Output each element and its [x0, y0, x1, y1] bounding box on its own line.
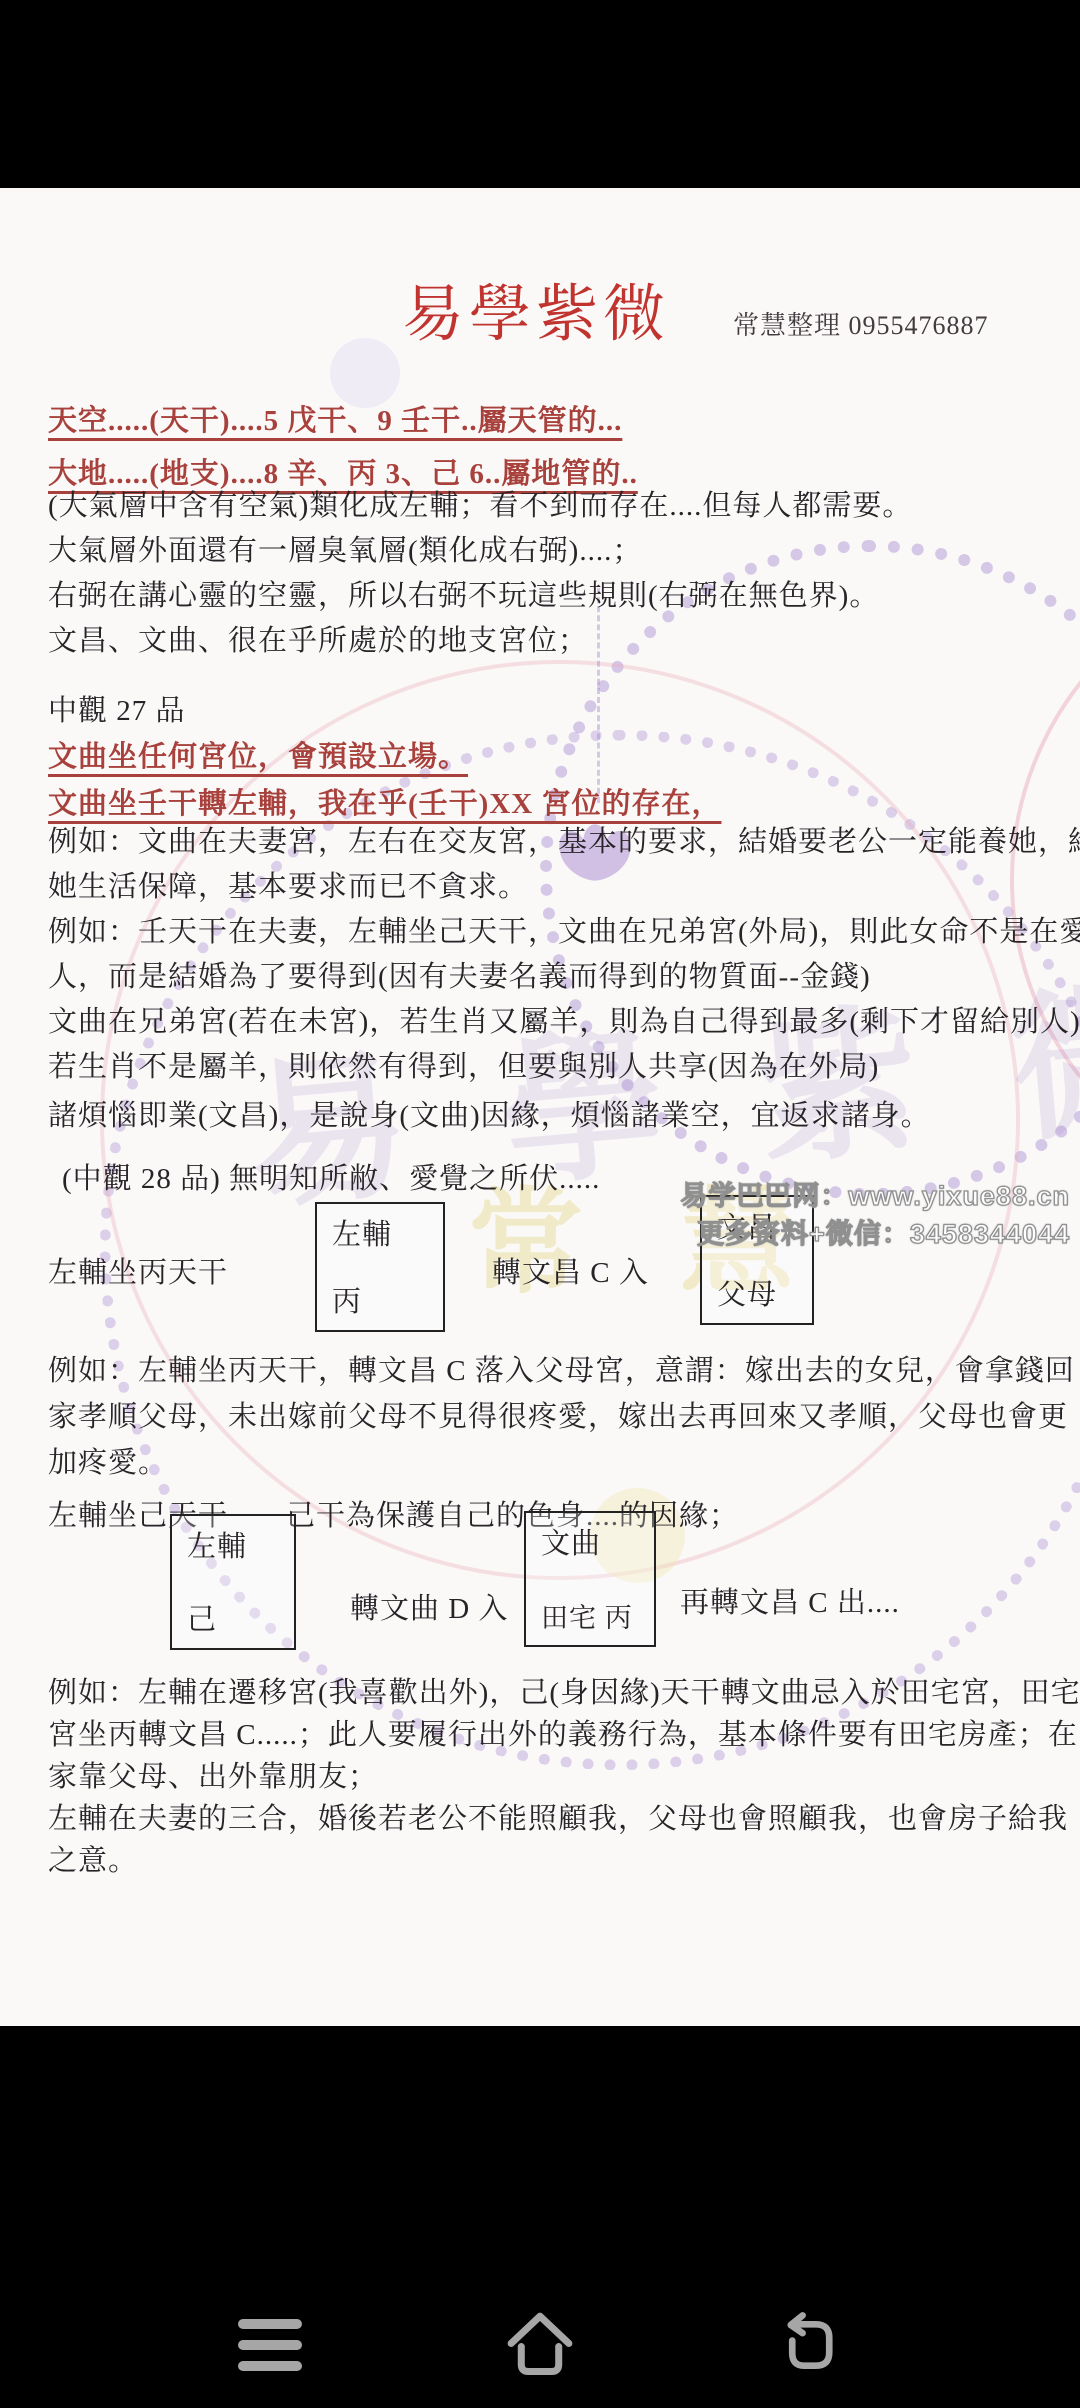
section2-red1: 文曲坐任何宮位，會預設立場。: [48, 734, 468, 775]
home-icon: [501, 2306, 579, 2384]
section2-heading: 中觀 27 品: [48, 688, 186, 729]
diagram2-box-zuofu: 左輔 己: [170, 1514, 296, 1650]
doc-line: 例如：壬天干在夫妻，左輔坐己天干，文曲在兄弟宮(外局)，則此女命不是在愛: [48, 910, 1080, 955]
diagram1-box-zuofu: 左輔 丙: [315, 1202, 445, 1332]
wechat-watermark: 更多资料+微信：3458344044: [697, 1212, 1070, 1251]
doc-line: 左輔在夫妻的三合，婚後若老公不能照顧我，父母也會照顧我，也會房子給我: [48, 1798, 1080, 1840]
section2-red2: 文曲坐壬干轉左輔，我在乎(壬干)XX 宮位的存在，: [48, 781, 721, 822]
menu-icon: [238, 2319, 302, 2371]
doc-line: 右弼在講心靈的空靈，所以右弼不玩這些規則(右弼在無色界)。: [48, 574, 912, 619]
box-top-label: 左輔: [332, 1212, 437, 1253]
compiler-byline: 常慧整理 0955476887: [733, 305, 989, 342]
box-bottom-label: 田宅 丙: [541, 1596, 648, 1635]
doc-line: 若生肖不是屬羊，則依然有得到，但要與別人共享(因為在外局): [48, 1045, 1080, 1090]
doc-line: 人，而是結婚為了要得到(因有夫妻名義而得到的物質面--金錢): [48, 955, 1080, 1000]
box-top-label: 左輔: [187, 1524, 288, 1565]
karma-line: 諸煩惱即業(文昌)，是說身(文曲)因緣，煩惱諸業空，宜返求諸身。: [48, 1093, 931, 1134]
doc-line: 之意。: [48, 1840, 1080, 1882]
box-bottom-label: 丙: [332, 1279, 437, 1320]
doc-line: (大氣層中含有空氣)類化成左輔；看不到而存在....但每人都需要。: [48, 484, 912, 529]
doc-line: 宮坐丙轉文昌 C.....；此人要履行出外的義務行為，基本條件要有田宅房產；在: [48, 1714, 1080, 1756]
doc-line: 文昌、文曲、很在乎所處於的地支宮位；: [48, 619, 912, 664]
document-page: 易 學 紫 微 常 慧 易學紫微 常慧整理 0955476887 天空.....…: [0, 188, 1080, 2026]
diagram1-left-label: 左輔坐丙天干: [48, 1250, 228, 1291]
top-black-bar: [0, 0, 1080, 188]
back-icon: [773, 2308, 847, 2382]
heading-sky: 天空.....(天干)....5 戊干、9 壬干..屬天管的...: [48, 398, 622, 439]
box-bottom-label: 父母: [717, 1272, 806, 1313]
section28-line: (中觀 28 品) 無明知所敝、愛覺之所伏.....: [62, 1156, 600, 1197]
final-paragraph: 例如：左輔在遷移宮(我喜歡出外)，己(身因緣)天干轉文曲忌入於田宅宮，田宅 宮坐…: [48, 1672, 1080, 1882]
diagram2-mid-label: 轉文曲 D 入: [350, 1586, 508, 1627]
diagram2-box-wenqu: 文曲 田宅 丙: [524, 1511, 656, 1647]
home-button[interactable]: [485, 2290, 595, 2400]
diagram1-mid-label: 轉文昌 C 入: [492, 1250, 649, 1291]
diagram2-right-label: 再轉文昌 C 出....: [680, 1580, 900, 1621]
doc-line: 例如：左輔坐丙天干，轉文昌 C 落入父母宮，意謂：嫁出去的女兒，會拿錢回: [48, 1348, 1075, 1394]
menu-button[interactable]: [215, 2290, 325, 2400]
section1-paragraph: (大氣層中含有空氣)類化成左輔；看不到而存在....但每人都需要。 大氣層外面還…: [48, 484, 912, 664]
doc-line: 文曲在兄弟宮(若在未宮)，若生肖又屬羊，則為自己得到最多(剩下才留給別人): [48, 1000, 1080, 1045]
doc-line: 例如：左輔在遷移宮(我喜歡出外)，己(身因緣)天干轉文曲忌入於田宅宮，田宅: [48, 1672, 1080, 1714]
paragraph-after-diagram1: 例如：左輔坐丙天干，轉文昌 C 落入父母宮，意謂：嫁出去的女兒，會拿錢回 家孝順…: [48, 1348, 1075, 1486]
box-bottom-label: 己: [187, 1597, 288, 1638]
zuofu-ji-note: 己干為保護自己的色身....的因緣；: [286, 1493, 739, 1534]
doc-line: 加疼愛。: [48, 1440, 1075, 1486]
doc-line: 家靠父母、出外靠朋友；: [48, 1756, 1080, 1798]
page-title: 易學紫微: [402, 284, 670, 346]
site-watermark: 易学巴巴网：www.yixue88.cn: [680, 1174, 1070, 1213]
back-button[interactable]: [755, 2290, 865, 2400]
section2-paragraph: 例如：文曲在夫妻宮，左右在交友宮，基本的要求，結婚要老公一定能養她，給 她生活保…: [48, 820, 1080, 1090]
doc-line: 大氣層外面還有一層臭氧層(類化成右弼)....；: [48, 529, 912, 574]
doc-line: 她生活保障，基本要求而已不貪求。: [48, 865, 1080, 910]
box-top-label: 文曲: [541, 1521, 648, 1562]
doc-line: 家孝順父母，未出嫁前父母不見得很疼愛，嫁出去再回來又孝順，父母也會更: [48, 1394, 1075, 1440]
doc-line: 例如：文曲在夫妻宮，左右在交友宮，基本的要求，結婚要老公一定能養她，給: [48, 820, 1080, 865]
